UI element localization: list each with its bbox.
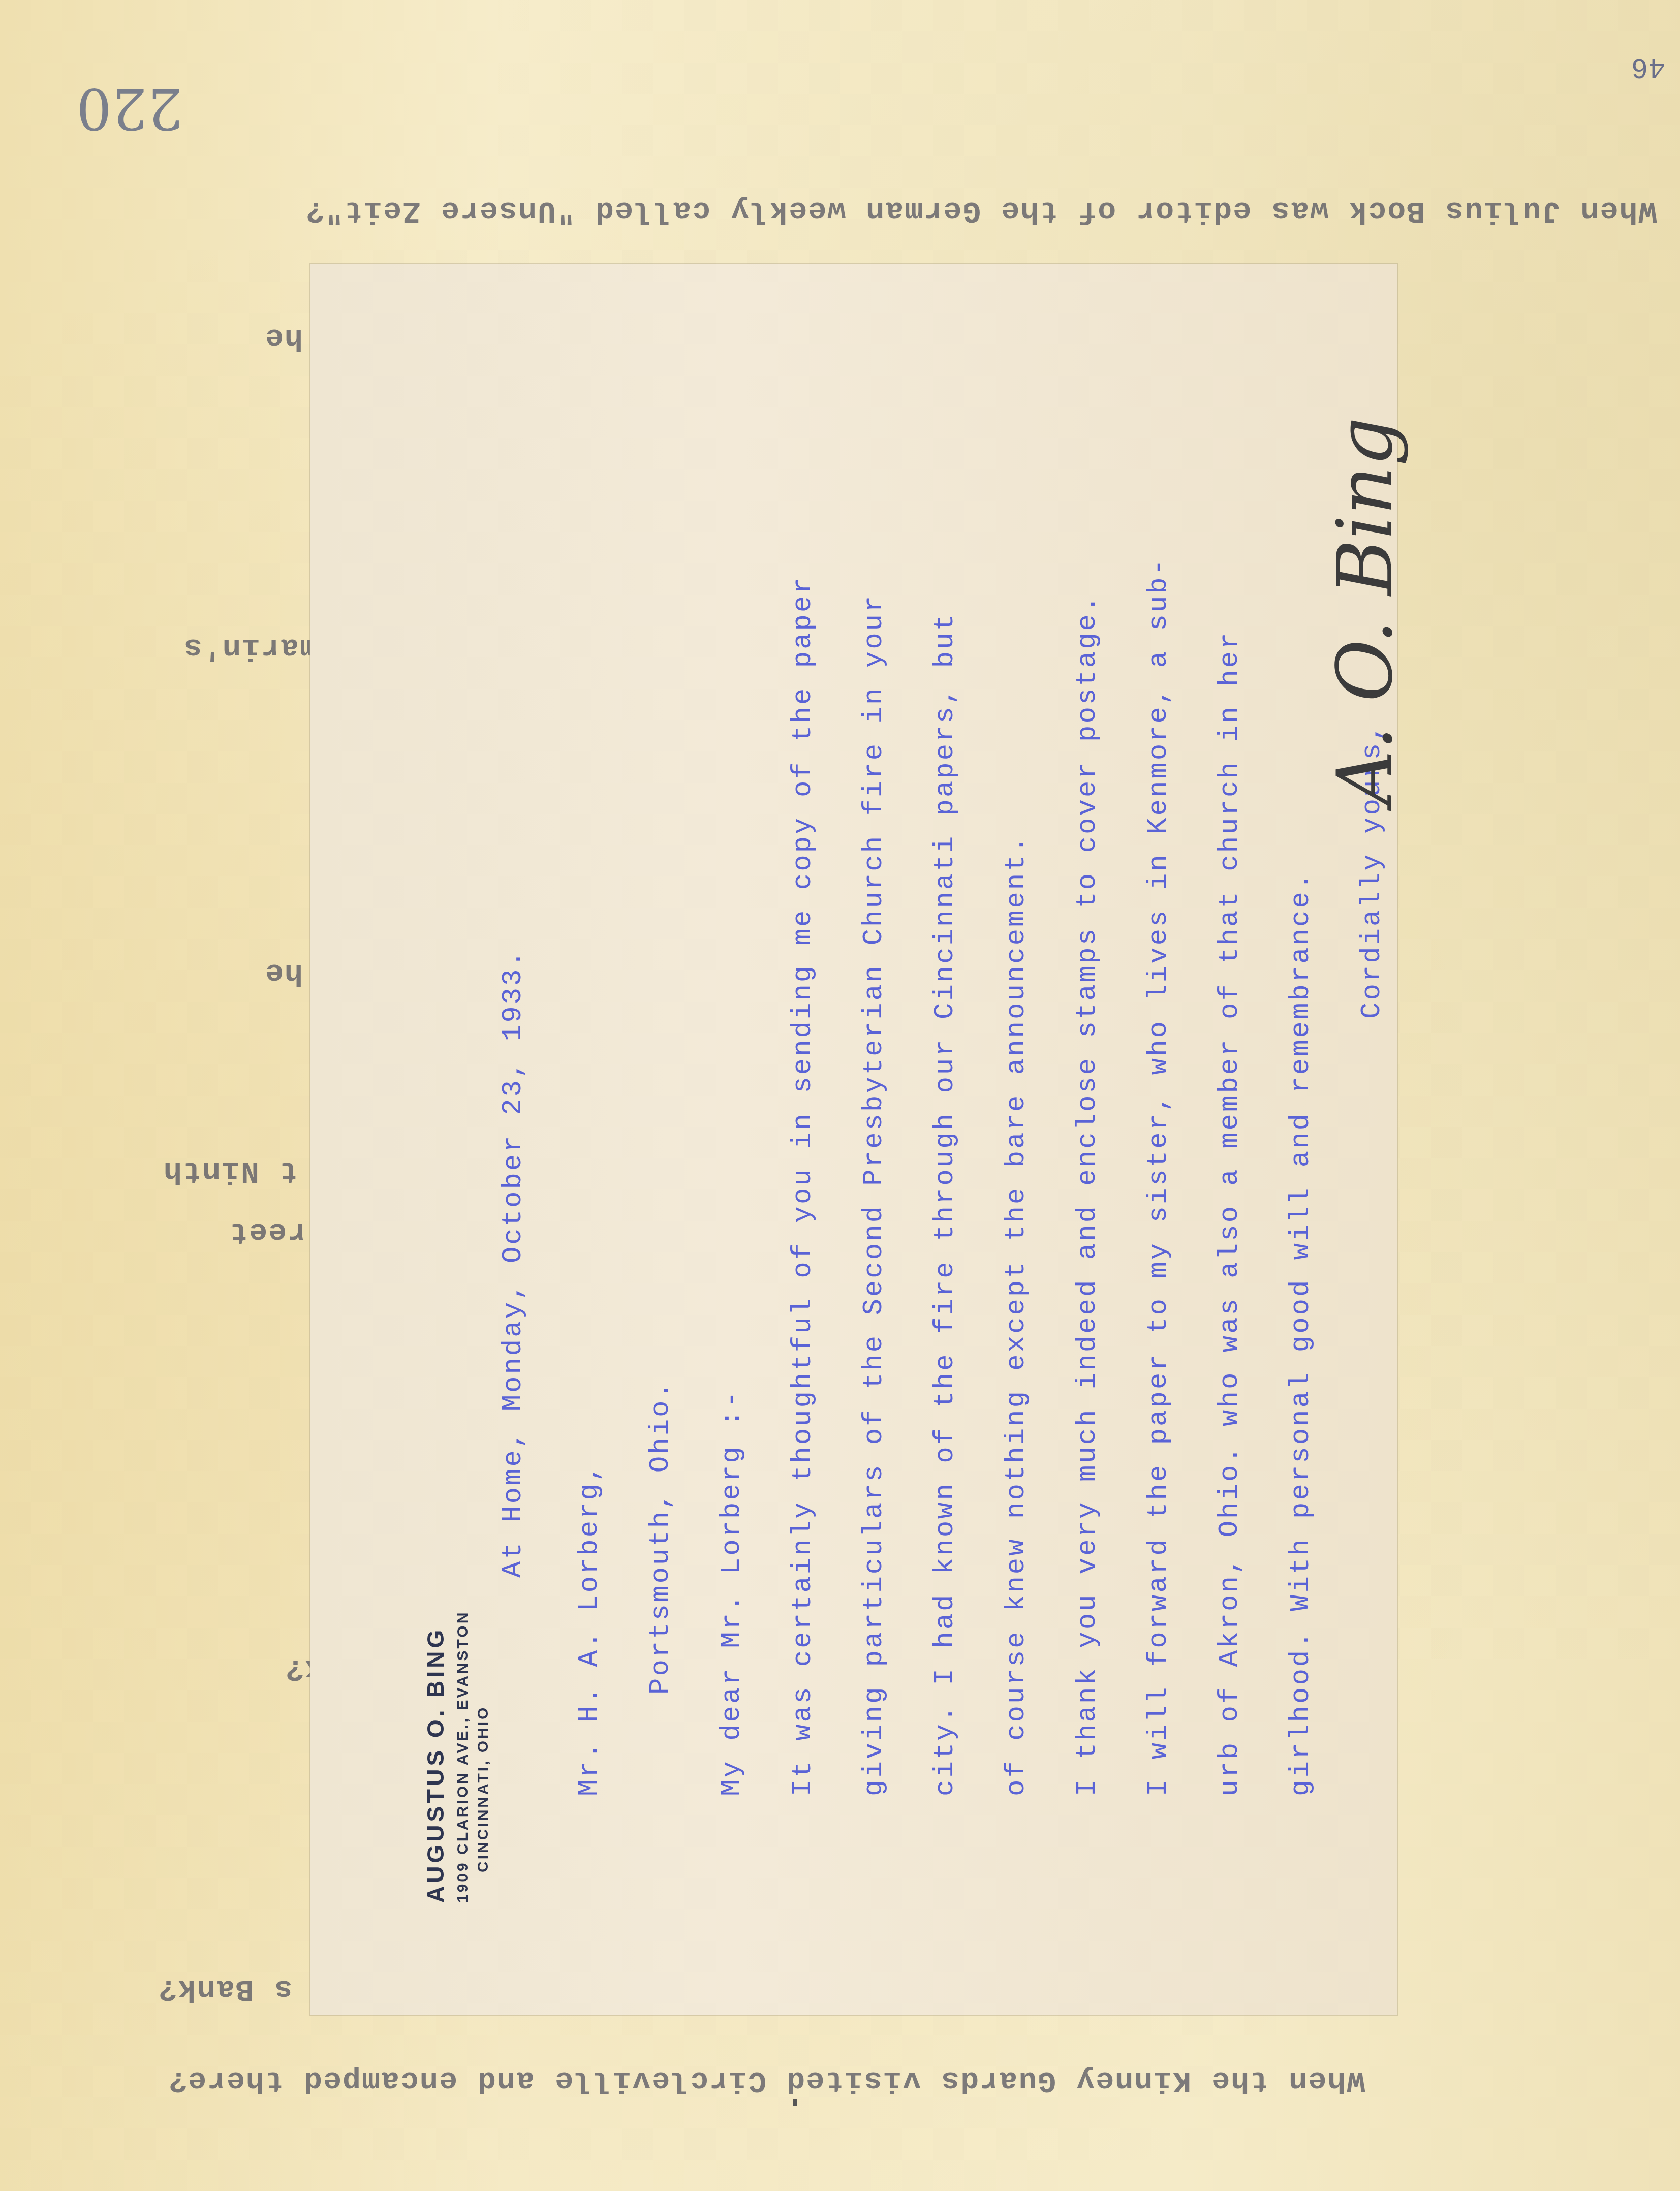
fragment-he-2: he xyxy=(264,955,303,990)
letterhead-name: AUGUSTUS O. BING xyxy=(422,1611,449,1903)
letter-content-rotated: AUGUSTUS O. BING 1909 CLARION AVE., EVAN… xyxy=(310,264,1397,2015)
fragment-ninth: t Ninth xyxy=(163,1153,298,1188)
body-line: I thank you very much indeed and enclose… xyxy=(1072,594,1103,1796)
signature: A. O. Bing xyxy=(1321,417,1410,805)
backing-page: 220 46 When Julius Bock was editor of th… xyxy=(0,0,1680,2191)
attached-letter: AUGUSTUS O. BING 1909 CLARION AVE., EVAN… xyxy=(310,264,1397,2015)
fragment-marins: marin's xyxy=(183,630,318,665)
pencil-mark: 220 xyxy=(76,76,183,141)
recipient-city: Portsmouth, Ohio. xyxy=(645,1380,676,1695)
dateline: At Home, Monday, October 23, 1933. xyxy=(498,949,529,1578)
fragment-reet: reet xyxy=(229,1214,306,1249)
punch-mark xyxy=(793,2099,797,2106)
body-line: It was certainly thoughtful of you in se… xyxy=(788,575,819,1796)
fragment-bank: s Bank? xyxy=(158,1971,293,2006)
letterhead-city: CINCINNATI, OHIO xyxy=(475,1611,492,1903)
body-line: giving particulars of the Second Presbyt… xyxy=(859,594,890,1796)
fragment-he-1: he xyxy=(264,320,303,355)
letterhead: AUGUSTUS O. BING 1909 CLARION AVE., EVAN… xyxy=(422,1611,492,1903)
recipient-name: Mr. H. A. Lorberg, xyxy=(574,1463,605,1796)
body-line: of course knew nothing except the bare a… xyxy=(1001,834,1032,1796)
mirrored-question-2: When the Kinney Guards visited Circlevil… xyxy=(168,2063,1365,2098)
body-line: girlhood. With personal good will and re… xyxy=(1286,871,1317,1796)
salutation: My dear Mr. Lorberg :- xyxy=(717,1389,748,1796)
body-line: urb of Akron, Ohio. who was also a membe… xyxy=(1215,631,1246,1796)
page-number: 46 xyxy=(1631,51,1665,83)
mirrored-question-1: When Julius Bock was editor of the Germa… xyxy=(305,193,1657,228)
letterhead-address: 1909 CLARION AVE., EVANSTON xyxy=(454,1611,472,1903)
body-line: city. I had known of the fire through ou… xyxy=(930,612,961,1796)
body-line: I will forward the paper to my sister, w… xyxy=(1143,557,1174,1796)
